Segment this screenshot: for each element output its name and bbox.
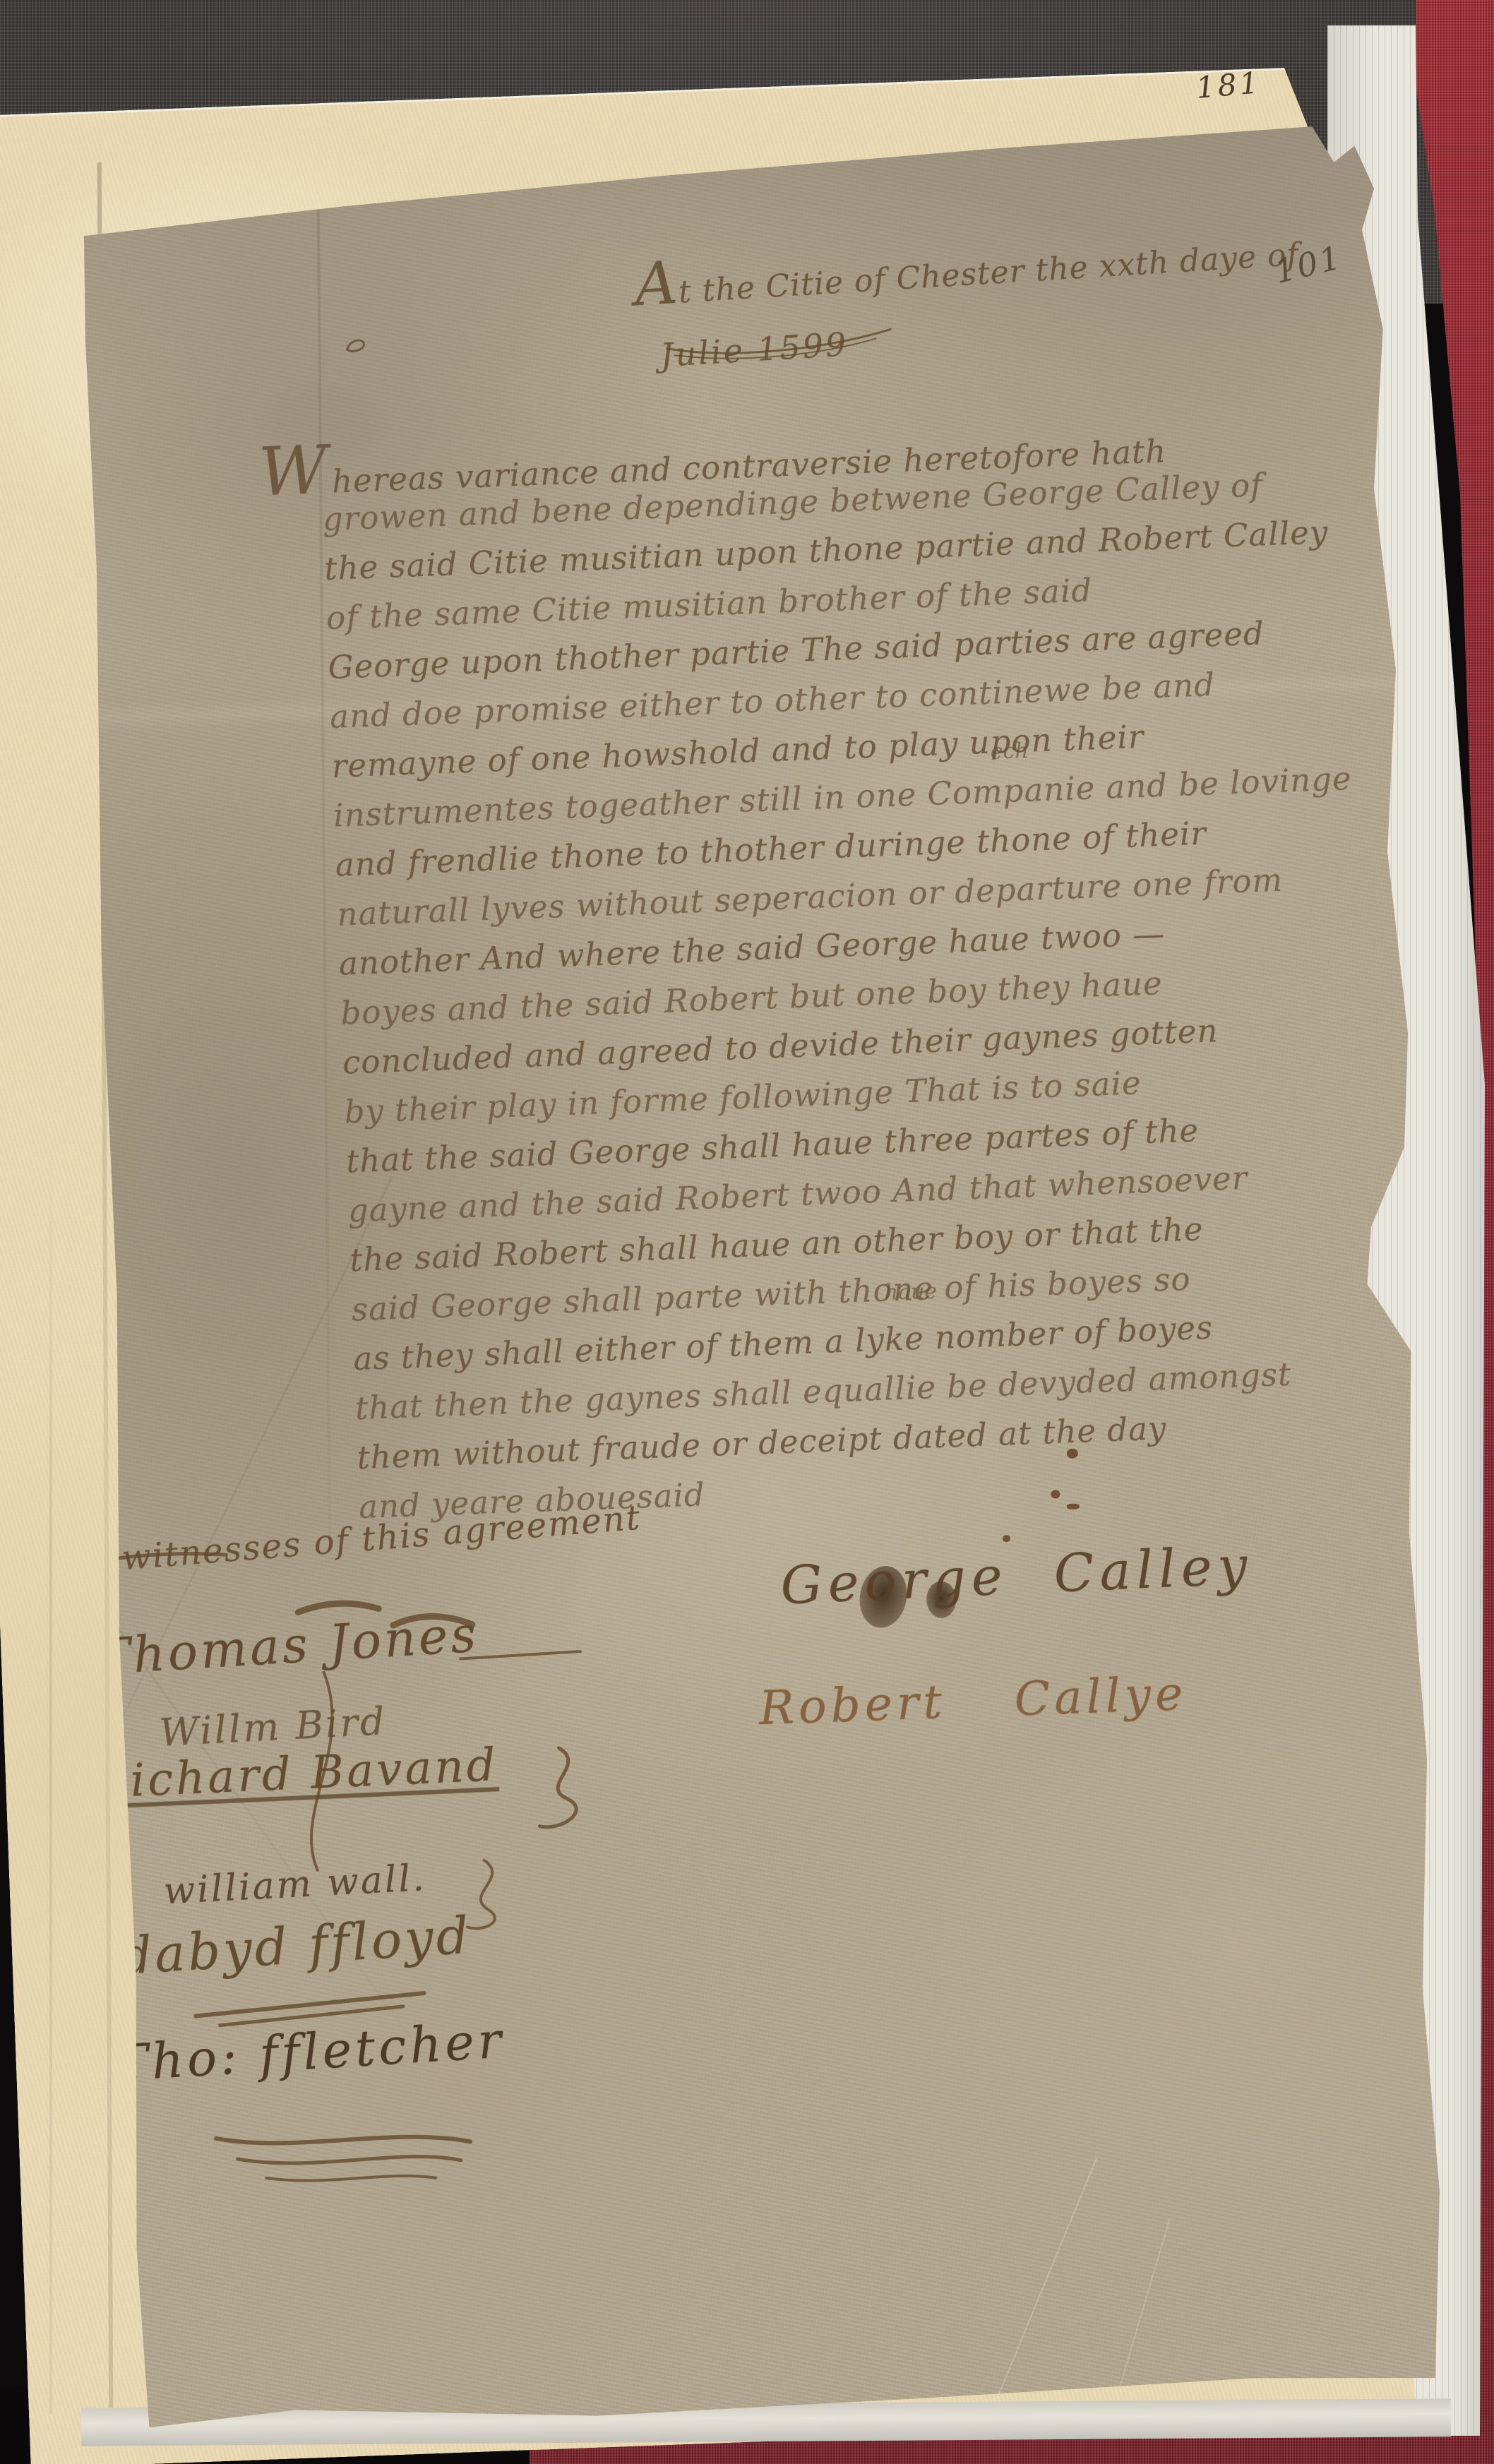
witness-signature-tho-ffletcher: Tho: ffletcher	[114, 2011, 507, 2093]
photograph-of-manuscript: 181 At the Citie of Chester the xxth day…	[0, 0, 1494, 2464]
interlineation: haue	[884, 1279, 937, 1305]
fletcher-flourish	[208, 2103, 479, 2188]
ink-dot	[1003, 1535, 1010, 1542]
jones-dash-flourish	[458, 1649, 585, 1666]
witness-signature-william-wall: william wall.	[162, 1857, 427, 1913]
witness-signature-dabyd-ffloyd: dabyd ffloyd	[118, 1906, 473, 1986]
interlineation: ech	[990, 738, 1029, 764]
crease-line	[317, 202, 332, 1543]
manuscript-body: Whereas variance and contraversie hereto…	[320, 406, 1432, 1532]
album-page-fold-line-2	[49, 1144, 52, 2415]
witness-signature-thomas-jones: Thomas Jones	[96, 1605, 481, 1687]
ink-dot	[1051, 1490, 1060, 1498]
witness-signature-richard-bavand: Richard Bavand	[92, 1739, 499, 1809]
ink-dot	[1067, 1449, 1078, 1459]
signature-robert-callye: Robert Callye	[758, 1666, 1188, 1735]
bavand-paraph	[516, 1743, 596, 1837]
album-leaf-number: 181	[1195, 65, 1262, 105]
signature-george-calley: George Calley	[779, 1535, 1254, 1616]
ink-squiggle-blot	[344, 336, 369, 357]
ink-dot-marks	[996, 1442, 1111, 1550]
parchment-document: At the Citie of Chester the xxth daye of…	[79, 124, 1450, 2430]
ink-dot	[1067, 1504, 1080, 1509]
